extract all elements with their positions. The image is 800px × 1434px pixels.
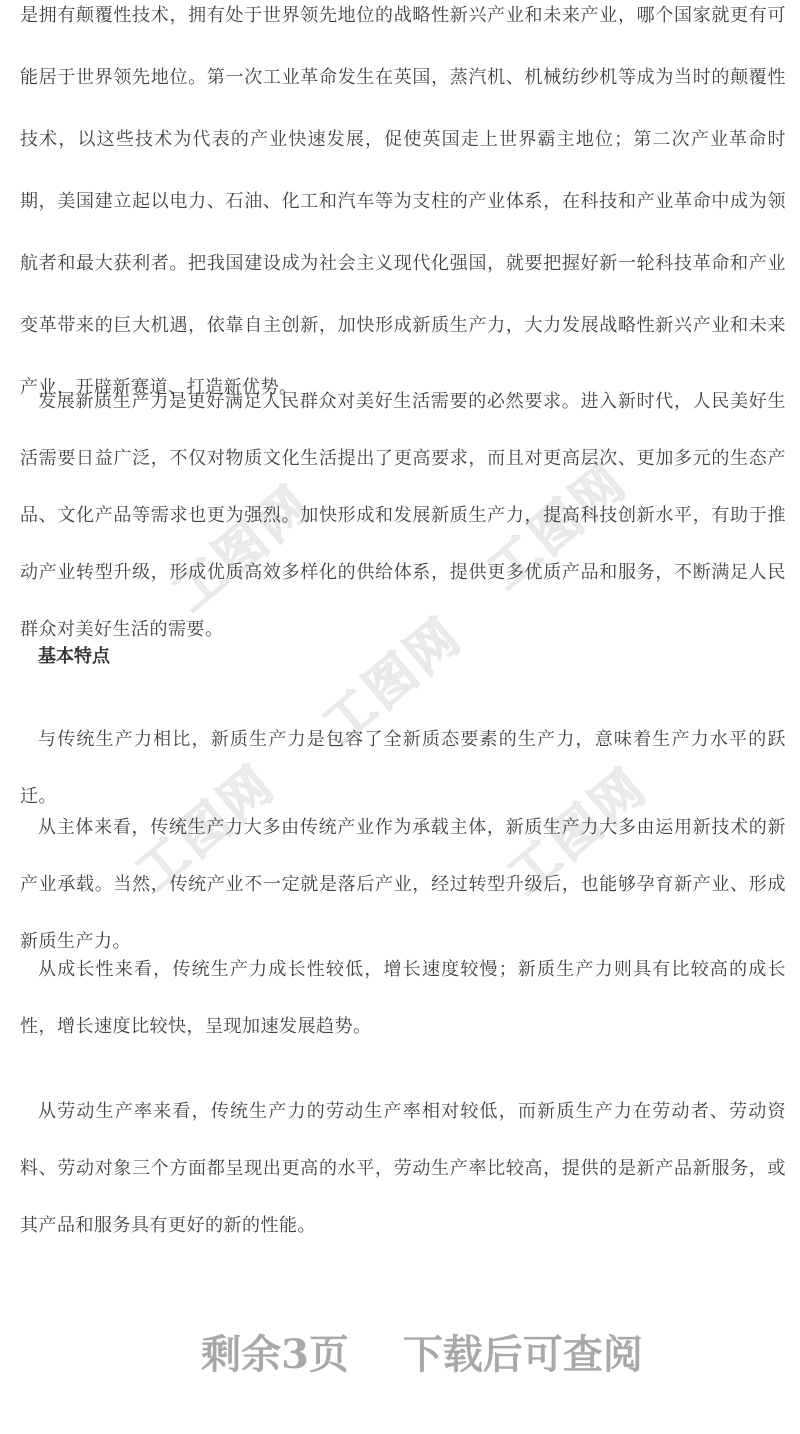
paragraph: 从劳动生产率来看，传统生产力的劳动生产率相对较低，而新质生产力在劳动者、劳动资料… [20, 1083, 786, 1254]
section-heading: 基本特点 [20, 643, 786, 669]
pages-remaining-notice: 剩余3页下载后可查阅 [0, 1330, 800, 1380]
pages-left-text: 剩余3页 [201, 1331, 349, 1378]
document-preview-page: 工图网 工图网 工图网 工图网 工图网 是拥有颠覆性技术，拥有处于世界领先地位的… [0, 0, 800, 1434]
paragraph: 发展新质生产力是更好满足人民群众对美好生活需要的必然要求。进入新时代，人民美好生… [20, 373, 786, 658]
paragraph: 从成长性来看，传统生产力成长性较低，增长速度较慢；新质生产力则具有比较高的成长性… [20, 941, 786, 1055]
download-hint-text: 下载后可查阅 [403, 1331, 643, 1378]
paragraph-continued: 是拥有颠覆性技术，拥有处于世界领先地位的战略性新兴产业和未来产业，哪个国家就更有… [20, 0, 786, 418]
